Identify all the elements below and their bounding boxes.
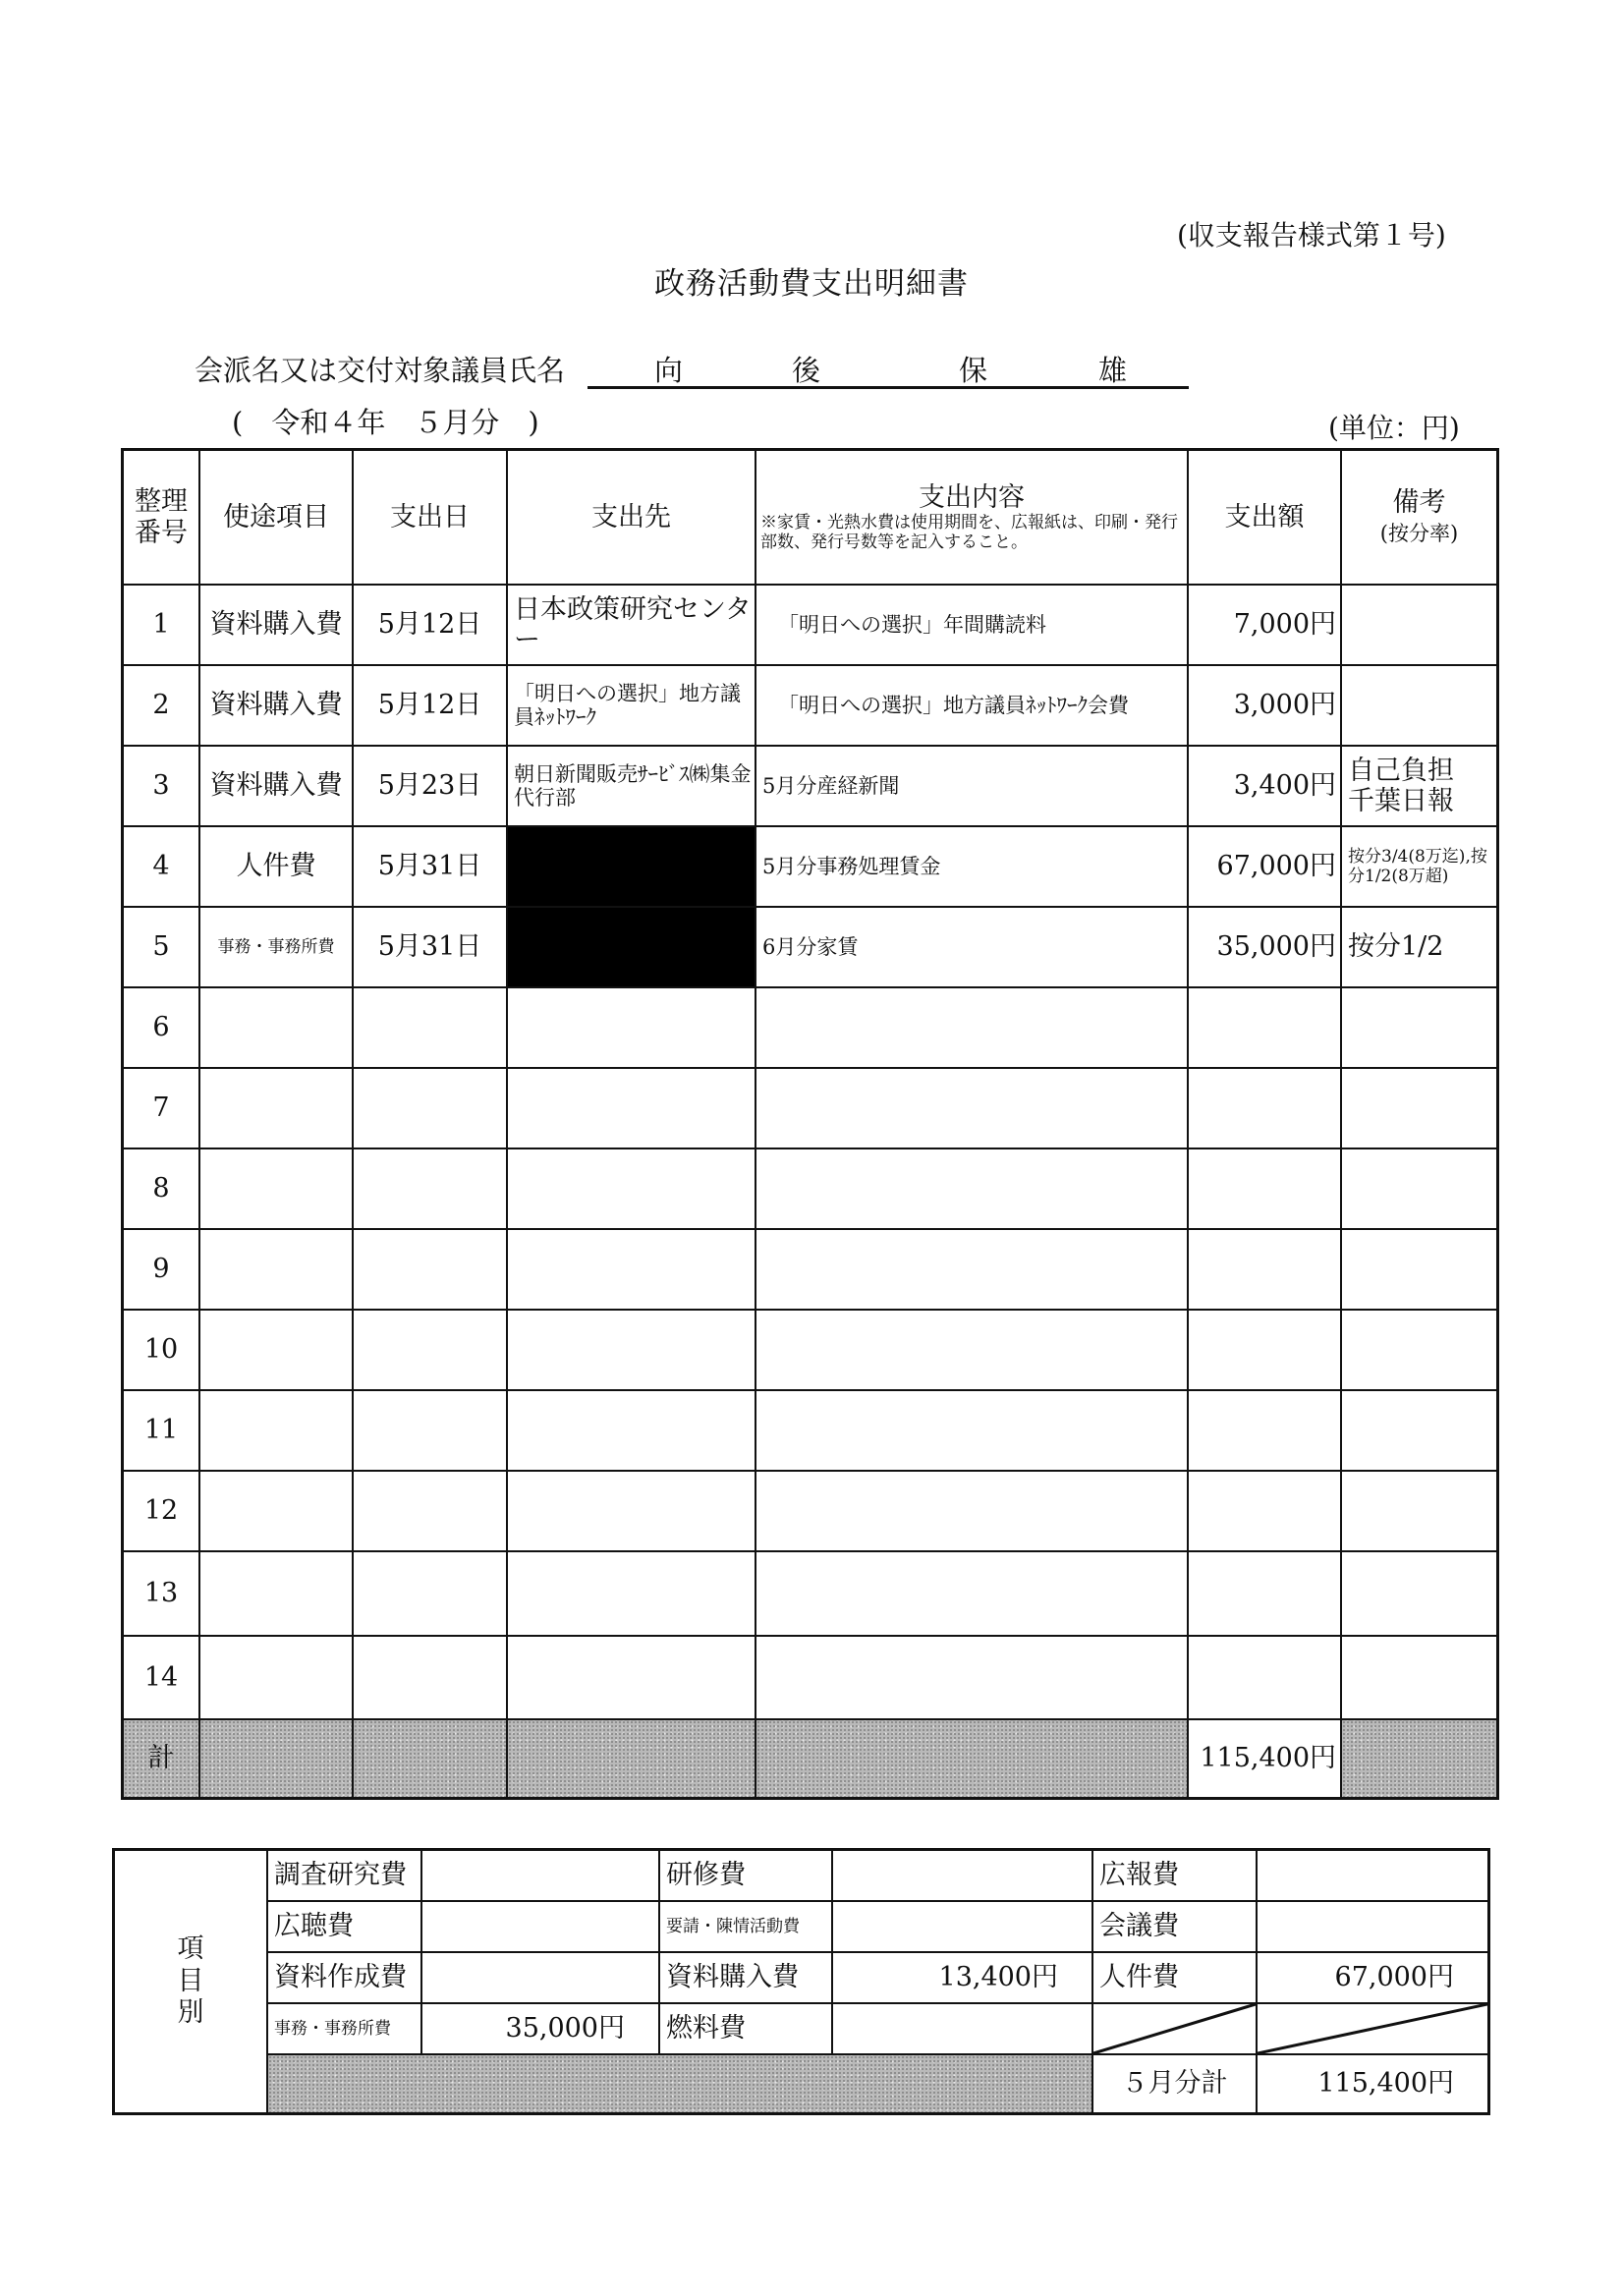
- row-number-text: 8: [152, 1173, 169, 1204]
- row-amount-text: 7,000円: [1234, 609, 1336, 640]
- row-date: [354, 1149, 508, 1230]
- row-number-text: 6: [152, 1012, 169, 1042]
- row-remarks: [1342, 1149, 1496, 1230]
- column-header-payee: 支出先: [508, 451, 756, 586]
- row-date: 5月23日: [354, 747, 508, 827]
- column-header-category-text: 使途項目: [223, 502, 329, 532]
- row-category: [200, 1391, 354, 1472]
- row-category: 資料購入費: [200, 747, 354, 827]
- expense-table: 整理 番号使途項目支出日支出先支出内容※家賃・光熱水費は使用期間を、広報紙は、印…: [121, 448, 1499, 1800]
- row-remarks: [1342, 1472, 1496, 1552]
- row-payee: [508, 1472, 756, 1552]
- row-date: 5月31日: [354, 827, 508, 908]
- row-content: [756, 1552, 1189, 1637]
- row-payee-text: 「明日への選択」地方議員ﾈｯﾄﾜｰｸ: [514, 682, 755, 729]
- row-date-text: 5月31日: [378, 851, 482, 881]
- summary-value: [422, 1902, 660, 1953]
- row-category: [200, 1149, 354, 1230]
- row-amount: 3,400円: [1189, 747, 1342, 827]
- row-remarks: [1342, 586, 1496, 666]
- row-payee-text: 朝日新聞販売ｻｰﾋﾞｽ㈱集金代行部: [514, 762, 755, 810]
- row-category: 資料購入費: [200, 586, 354, 666]
- summary-label: 事務・事務所費: [268, 2004, 422, 2055]
- row-content-text: 5月分産経新聞: [762, 774, 899, 798]
- row-payee: [508, 1552, 756, 1637]
- row-payee: [508, 1230, 756, 1311]
- summary-label-text: 資料購入費: [666, 1962, 799, 1992]
- row-category: 資料購入費: [200, 666, 354, 747]
- row-number: 10: [124, 1311, 200, 1391]
- row-date-text: 5月23日: [378, 770, 482, 801]
- summary-value-text: 35,000円: [506, 2013, 654, 2044]
- summary-value: [833, 1902, 1093, 1953]
- row-content: [756, 1069, 1189, 1149]
- row-content-text: 5月分事務処理賃金: [762, 855, 940, 878]
- row-number-text: 12: [144, 1495, 178, 1526]
- row-date: 5月12日: [354, 666, 508, 747]
- row-content: [756, 988, 1189, 1069]
- row-amount: 67,000円: [1189, 827, 1342, 908]
- row-date: [354, 1230, 508, 1311]
- row-category: 人件費: [200, 827, 354, 908]
- row-category: [200, 1230, 354, 1311]
- summary-value: [833, 1851, 1093, 1902]
- unit-label: (単位：円): [1328, 407, 1460, 446]
- row-number: 3: [124, 747, 200, 827]
- row-amount: 7,000円: [1189, 586, 1342, 666]
- summary-label-text: 広報費: [1099, 1860, 1179, 1890]
- row-number-text: 2: [152, 690, 169, 720]
- summary-label: 資料作成費: [268, 1953, 422, 2004]
- column-header-remarks-title: 備考: [1393, 487, 1446, 518]
- month-total-label: ５月分計: [1093, 2055, 1258, 2112]
- row-category-text: 事務・事務所費: [218, 937, 335, 957]
- row-payee-text: 日本政策研究センター: [514, 594, 755, 655]
- summary-label: 広報費: [1093, 1851, 1258, 1902]
- row-amount: [1189, 1472, 1342, 1552]
- row-number: 5: [124, 908, 200, 988]
- row-amount: [1189, 1230, 1342, 1311]
- summary-value-text: 67,000円: [1335, 1962, 1483, 1992]
- row-remarks: [1342, 1637, 1496, 1720]
- row-payee: [508, 1149, 756, 1230]
- row-number-text: 1: [152, 609, 169, 640]
- row-number-text: 14: [144, 1662, 178, 1693]
- summary-label: 人件費: [1093, 1953, 1258, 2004]
- row-amount: [1189, 988, 1342, 1069]
- row-payee: [508, 1391, 756, 1472]
- member-name-char: 雄: [1098, 349, 1127, 389]
- row-category: [200, 1069, 354, 1149]
- row-amount: 3,000円: [1189, 666, 1342, 747]
- row-date-text: 5月12日: [378, 690, 482, 720]
- row-remarks: 按分3/4(8万迄),按分1/2(8万超): [1342, 827, 1496, 908]
- column-header-no-text: 整理 番号: [135, 486, 188, 547]
- row-payee: [508, 1637, 756, 1720]
- document-title: 政務活動費支出明細書: [0, 258, 1623, 303]
- row-content: 5月分産経新聞: [756, 747, 1189, 827]
- total-shaded-cell: [200, 1720, 354, 1797]
- row-content: 「明日への選択」年間購読料: [756, 586, 1189, 666]
- row-date: [354, 1637, 508, 1720]
- column-header-remarks-sub: (按分率): [1380, 518, 1458, 547]
- row-payee-redacted: [508, 908, 756, 988]
- row-remarks: [1342, 1311, 1496, 1391]
- summary-value: [1258, 1902, 1487, 1953]
- row-content: [756, 1637, 1189, 1720]
- row-remarks-text: 按分3/4(8万迄),按分1/2(8万超): [1348, 847, 1496, 887]
- summary-value: 35,000円: [422, 2004, 660, 2055]
- summary-label-text: 資料作成費: [274, 1962, 407, 1992]
- row-payee: [508, 1311, 756, 1391]
- row-date: [354, 1391, 508, 1472]
- column-header-amount: 支出額: [1189, 451, 1342, 586]
- member-name-char: 向: [654, 349, 683, 389]
- row-category: [200, 1311, 354, 1391]
- row-number: 6: [124, 988, 200, 1069]
- summary-label-text: 要請・陳情活動費: [666, 1917, 800, 1936]
- row-content: 6月分家賃: [756, 908, 1189, 988]
- row-content-text: 6月分家賃: [762, 935, 858, 959]
- summary-value: 13,400円: [833, 1953, 1093, 2004]
- row-number: 7: [124, 1069, 200, 1149]
- row-number: 4: [124, 827, 200, 908]
- total-shaded-cell: [508, 1720, 756, 1797]
- row-remarks-text: 自己負担 千葉日報: [1348, 756, 1454, 816]
- member-name-char: 後: [792, 349, 820, 389]
- summary-label-text: 人件費: [1099, 1962, 1179, 1992]
- summary-value: [833, 2004, 1093, 2055]
- row-remarks: 按分1/2: [1342, 908, 1496, 988]
- summary-table: 項 目 別調査研究費研修費広報費広聴費要請・陳情活動費会議費資料作成費資料購入費…: [112, 1848, 1490, 2115]
- row-content: [756, 1472, 1189, 1552]
- summary-label: 資料購入費: [660, 1953, 833, 2004]
- row-remarks: [1342, 666, 1496, 747]
- summary-value: 67,000円: [1258, 1953, 1487, 2004]
- row-amount-text: 35,000円: [1217, 931, 1336, 962]
- column-header-content-title: 支出内容: [756, 482, 1187, 513]
- row-number-text: 10: [144, 1334, 178, 1365]
- row-date-text: 5月12日: [378, 609, 482, 640]
- row-category: [200, 988, 354, 1069]
- row-content-text: 「明日への選択」年間購読料: [762, 613, 1046, 637]
- row-category: [200, 1552, 354, 1637]
- row-number: 13: [124, 1552, 200, 1637]
- row-remarks: [1342, 1069, 1496, 1149]
- row-number: 2: [124, 666, 200, 747]
- column-header-remarks: 備考(按分率): [1342, 451, 1496, 586]
- summary-value-text: 13,400円: [939, 1962, 1088, 1992]
- row-content: 「明日への選択」地方議員ﾈｯﾄﾜｰｸ会費: [756, 666, 1189, 747]
- row-content-text: 「明日への選択」地方議員ﾈｯﾄﾜｰｸ会費: [762, 694, 1129, 717]
- row-remarks: [1342, 1552, 1496, 1637]
- row-remarks: 自己負担 千葉日報: [1342, 747, 1496, 827]
- total-shaded-cell: [354, 1720, 508, 1797]
- row-amount: [1189, 1149, 1342, 1230]
- summary-side-label-text: 項 目 別: [178, 1933, 204, 2029]
- row-content: [756, 1311, 1189, 1391]
- month-total-label-text: ５月分計: [1122, 2068, 1228, 2099]
- member-name: 向 後 保 雄: [588, 349, 1189, 389]
- summary-label-text: 研修費: [666, 1860, 746, 1890]
- row-payee: 日本政策研究センター: [508, 586, 756, 666]
- row-payee: [508, 988, 756, 1069]
- month-total-value: 115,400円: [1258, 2055, 1487, 2112]
- column-header-content-note: ※家賃・光熱水費は使用期間を、広報紙は、印刷・発行部数、発行号数等を記入すること…: [756, 513, 1187, 553]
- total-shaded-cell: [1342, 1720, 1496, 1797]
- row-content: [756, 1230, 1189, 1311]
- row-number-text: 9: [152, 1254, 169, 1284]
- row-date: 5月31日: [354, 908, 508, 988]
- row-payee-redacted: [508, 827, 756, 908]
- summary-label-text: 燃料費: [666, 2013, 746, 2044]
- summary-value: [1258, 1851, 1487, 1902]
- row-content: [756, 1391, 1189, 1472]
- row-category-text: 資料購入費: [210, 690, 343, 720]
- summary-label: 調査研究費: [268, 1851, 422, 1902]
- row-category: [200, 1637, 354, 1720]
- row-remarks-text: 按分1/2: [1348, 931, 1443, 962]
- summary-empty-label: [1093, 2004, 1258, 2055]
- row-amount: [1189, 1311, 1342, 1391]
- row-content: 5月分事務処理賃金: [756, 827, 1189, 908]
- summary-label-text: 広聴費: [274, 1911, 354, 1941]
- row-date: 5月12日: [354, 586, 508, 666]
- total-shaded-cell: [756, 1720, 1189, 1797]
- row-amount-text: 3,400円: [1234, 770, 1336, 801]
- row-number-text: 4: [152, 851, 169, 881]
- row-category: 事務・事務所費: [200, 908, 354, 988]
- column-header-category: 使途項目: [200, 451, 354, 586]
- row-number: 9: [124, 1230, 200, 1311]
- row-date: [354, 1311, 508, 1391]
- member-name-char: 保: [959, 349, 987, 389]
- column-header-amount-text: 支出額: [1225, 502, 1305, 532]
- diagonal-strike-icon: [1093, 2004, 1256, 2053]
- summary-label: 要請・陳情活動費: [660, 1902, 833, 1953]
- diagonal-strike-icon: [1258, 2004, 1487, 2053]
- row-amount: [1189, 1069, 1342, 1149]
- column-header-payee-text: 支出先: [591, 502, 671, 532]
- summary-label-text: 会議費: [1099, 1911, 1179, 1941]
- summary-label: 研修費: [660, 1851, 833, 1902]
- member-label: 会派名又は交付対象議員氏名: [195, 349, 565, 389]
- row-date: [354, 1472, 508, 1552]
- summary-label: 燃料費: [660, 2004, 833, 2055]
- row-amount: [1189, 1637, 1342, 1720]
- row-number-text: 5: [152, 931, 169, 962]
- row-number: 11: [124, 1391, 200, 1472]
- total-amount-text: 115,400円: [1200, 1743, 1336, 1773]
- summary-label: 広聴費: [268, 1902, 422, 1953]
- summary-label-text: 事務・事務所費: [274, 2019, 391, 2039]
- row-amount-text: 3,000円: [1234, 690, 1336, 720]
- row-amount: [1189, 1552, 1342, 1637]
- summary-label: 会議費: [1093, 1902, 1258, 1953]
- column-header-date: 支出日: [354, 451, 508, 586]
- total-amount: 115,400円: [1189, 1720, 1342, 1797]
- period: ( 令和４年 ５月分 ): [232, 401, 539, 441]
- row-date: [354, 1069, 508, 1149]
- row-payee: 朝日新聞販売ｻｰﾋﾞｽ㈱集金代行部: [508, 747, 756, 827]
- row-date-text: 5月31日: [378, 931, 482, 962]
- column-header-no: 整理 番号: [124, 451, 200, 586]
- summary-empty-value: [1258, 2004, 1487, 2055]
- row-number: 8: [124, 1149, 200, 1230]
- summary-side-label: 項 目 別: [115, 1851, 268, 2112]
- row-date: [354, 988, 508, 1069]
- summary-value: [422, 1953, 660, 2004]
- row-amount: [1189, 1391, 1342, 1472]
- summary-shaded-band: [268, 2055, 1093, 2112]
- row-category-text: 資料購入費: [210, 770, 343, 801]
- row-remarks: [1342, 988, 1496, 1069]
- row-number: 12: [124, 1472, 200, 1552]
- row-number: 1: [124, 586, 200, 666]
- total-label: 計: [124, 1720, 200, 1797]
- row-content: [756, 1149, 1189, 1230]
- row-amount: 35,000円: [1189, 908, 1342, 988]
- column-header-content: 支出内容※家賃・光熱水費は使用期間を、広報紙は、印刷・発行部数、発行号数等を記入…: [756, 451, 1189, 586]
- column-header-date-text: 支出日: [390, 502, 470, 532]
- row-remarks: [1342, 1391, 1496, 1472]
- row-category: [200, 1472, 354, 1552]
- summary-label-text: 調査研究費: [274, 1860, 407, 1890]
- row-number: 14: [124, 1637, 200, 1720]
- row-payee: 「明日への選択」地方議員ﾈｯﾄﾜｰｸ: [508, 666, 756, 747]
- row-payee: [508, 1069, 756, 1149]
- form-number: (収支報告様式第１号): [1177, 214, 1446, 253]
- month-total-value-text: 115,400円: [1317, 2068, 1483, 2099]
- row-date: [354, 1552, 508, 1637]
- row-amount-text: 67,000円: [1217, 851, 1336, 881]
- row-category-text: 資料購入費: [210, 609, 343, 640]
- row-number-text: 7: [152, 1092, 169, 1123]
- row-category-text: 人件費: [237, 851, 316, 881]
- row-number-text: 11: [144, 1415, 178, 1445]
- summary-value: [422, 1851, 660, 1902]
- total-label-text: 計: [148, 1743, 175, 1773]
- row-number-text: 3: [152, 770, 169, 801]
- row-number-text: 13: [144, 1578, 178, 1608]
- row-remarks: [1342, 1230, 1496, 1311]
